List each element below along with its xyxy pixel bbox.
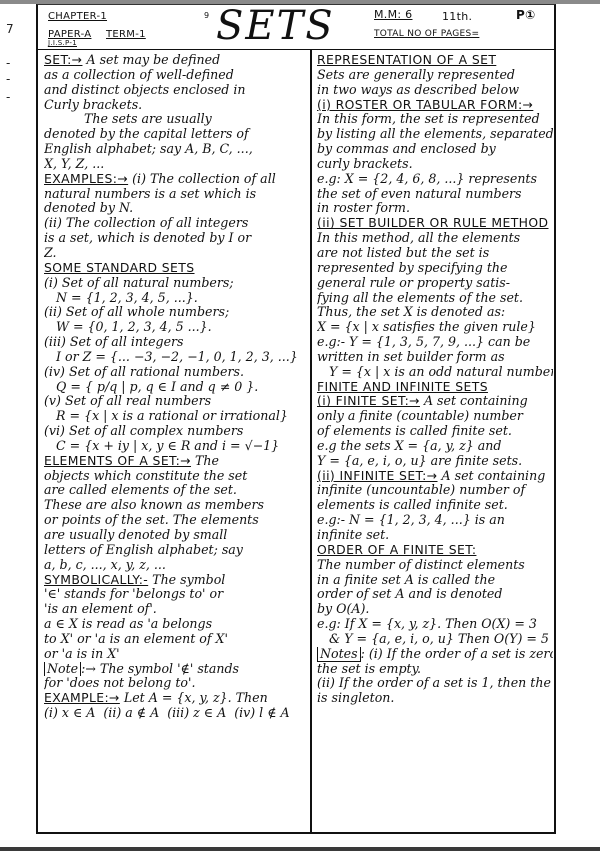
text-line: in a finite set A is called the xyxy=(317,573,553,588)
section-heading: REPRESENTATION OF A SET xyxy=(317,53,553,68)
text-line: is singleton. xyxy=(317,691,553,706)
body-text: :→ The symbol '∉' stands xyxy=(81,662,239,676)
text-line: of elements is called finite set. xyxy=(317,424,553,439)
text-line: Z. xyxy=(44,246,308,261)
text-line: e.g:- N = {1, 2, 3, 4, ...} is an xyxy=(317,513,553,528)
text-line: (i) Set of all natural numbers; xyxy=(44,276,308,291)
term-label: EXAMPLES:→ xyxy=(44,172,128,186)
term-label: (i) FINITE SET:→ xyxy=(317,394,420,408)
text-line: infinite (uncountable) number of xyxy=(317,483,553,498)
body-text: : (i) If the order of a set is zero, xyxy=(361,647,553,661)
section-heading: SOME STANDARD SETS xyxy=(44,261,308,276)
total-pages-label: TOTAL NO OF PAGES= xyxy=(374,29,479,39)
text-line: (i) x ∈ A (ii) a ∉ A (iii) z ∈ A (iv) l … xyxy=(44,706,308,721)
text-line: denoted by the capital letters of xyxy=(44,127,308,142)
text-line: are called elements of the set. xyxy=(44,483,308,498)
definition-line: SET:→ A set may be defined xyxy=(44,53,308,68)
margin-mark: - xyxy=(6,56,10,70)
column-divider xyxy=(310,49,312,833)
text-line: and distinct objects enclosed in xyxy=(44,83,308,98)
page-number: P① xyxy=(516,8,536,22)
text-line: as a collection of well-defined xyxy=(44,68,308,83)
text-line: e.g the sets X = {a, y, z} and xyxy=(317,439,553,454)
margin-mark: 7 xyxy=(6,22,14,36)
text-line: represented by specifying the xyxy=(317,261,553,276)
text-line: e.g: If X = {x, y, z}. Then O(X) = 3 xyxy=(317,617,553,632)
chapter-label: CHAPTER-1 xyxy=(48,11,107,22)
text-line: W = {0, 1, 2, 3, 4, 5 ...}. xyxy=(44,320,308,335)
scan-bottom-edge xyxy=(0,847,600,851)
text-line: the set is empty. xyxy=(317,662,553,677)
text-line: a, b, c, ..., x, y, z, ... xyxy=(44,558,308,573)
term-label: SYMBOLICALLY:- xyxy=(44,573,148,587)
text-line: (vi) Set of all complex numbers xyxy=(44,424,308,439)
text-line: e.g:- Y = {1, 3, 5, 7, 9, ...} can be xyxy=(317,335,553,350)
term-label: EXAMPLE:→ xyxy=(44,691,120,705)
definition-line: EXAMPLES:→ (i) The collection of all xyxy=(44,172,308,187)
definition-line: (ii) SET BUILDER OR RULE METHOD xyxy=(317,216,553,231)
text-line: to X' or 'a is an element of X' xyxy=(44,632,308,647)
text-line: (iv) Set of all rational numbers. xyxy=(44,365,308,380)
note-label: Notes xyxy=(317,647,361,662)
text-line: (v) Set of all real numbers xyxy=(44,394,308,409)
text-line: fying all the elements of the set. xyxy=(317,291,553,306)
body-text: A set may be defined xyxy=(82,53,220,67)
text-line: a ∈ X is read as 'a belongs xyxy=(44,617,308,632)
body-text: A set containing xyxy=(438,469,546,483)
text-line: Thus, the set X is denoted as: xyxy=(317,305,553,320)
max-marks: M.M: 6 xyxy=(374,8,412,21)
term-label: ELEMENTS OF A SET:→ xyxy=(44,454,191,468)
text-line: are not listed but the set is xyxy=(317,246,553,261)
text-line: Sets are generally represented xyxy=(317,68,553,83)
text-line: in roster form. xyxy=(317,201,553,216)
heading-text: ORDER OF A FINITE SET: xyxy=(317,543,476,557)
text-line: or 'a is in X' xyxy=(44,647,308,662)
text-line: in two ways as described below xyxy=(317,83,553,98)
text-line: (ii) If the order of a set is 1, then th… xyxy=(317,676,553,691)
text-line: by listing all the elements, separated xyxy=(317,127,553,142)
term-label: (i) ROSTER OR TABULAR FORM:→ xyxy=(317,98,533,112)
text-line: natural numbers is a set which is xyxy=(44,187,308,202)
text-line: R = {x | x is a rational or irrational} xyxy=(44,409,308,424)
subject-code: J.I.S.P-1 xyxy=(48,39,77,47)
text-line: '∈' stands for 'belongs to' or xyxy=(44,587,308,602)
heading-text: SOME STANDARD SETS xyxy=(44,261,195,275)
text-line: Q = { p/q | p, q ∈ I and q ≠ 0 }. xyxy=(44,380,308,395)
body-text: Let A = {x, y, z}. Then xyxy=(120,691,268,705)
page-title: SETS xyxy=(216,3,335,49)
text-line: Y = {x | x is an odd natural number} xyxy=(317,365,553,380)
class-label: 11th. xyxy=(442,10,472,23)
text-line: The sets are usually xyxy=(44,112,308,127)
text-line: the set of even natural numbers xyxy=(317,187,553,202)
text-line: letters of English alphabet; say xyxy=(44,543,308,558)
text-line: English alphabet; say A, B, C, ..., xyxy=(44,142,308,157)
text-line: & Y = {a, e, i, o, u} Then O(Y) = 5 xyxy=(317,632,553,647)
definition-line: (i) FINITE SET:→ A set containing xyxy=(317,394,553,409)
text-line: for 'does not belong to'. xyxy=(44,676,308,691)
notes-page: CHAPTER-1 PAPER-A TERM-1 J.I.S.P-1 9 SET… xyxy=(36,4,556,834)
note-line: Note:→ The symbol '∉' stands xyxy=(44,662,308,677)
margin-mark: - xyxy=(6,72,10,86)
term-label: TERM-1 xyxy=(106,29,146,40)
body-text: A set containing xyxy=(420,394,528,408)
text-line: X = {x | x satisfies the given rule} xyxy=(317,320,553,335)
left-column: SET:→ A set may be definedas a collectio… xyxy=(44,53,308,721)
text-line: Y = {a, e, i, o, u} are finite sets. xyxy=(317,454,553,469)
text-line: (iii) Set of all integers xyxy=(44,335,308,350)
term-label: (ii) SET BUILDER OR RULE METHOD xyxy=(317,216,549,230)
body-text: (i) The collection of all xyxy=(128,172,276,186)
text-line: I or Z = {... −3, −2, −1, 0, 1, 2, 3, ..… xyxy=(44,350,308,365)
text-line: objects which constitute the set xyxy=(44,469,308,484)
page-header: CHAPTER-1 PAPER-A TERM-1 J.I.S.P-1 9 SET… xyxy=(38,5,554,50)
term-label: (ii) INFINITE SET:→ xyxy=(317,469,438,483)
text-line: curly brackets. xyxy=(317,157,553,172)
text-line: Curly brackets. xyxy=(44,98,308,113)
stray-mark: 9 xyxy=(204,11,209,20)
text-line: N = {1, 2, 3, 4, 5, ...}. xyxy=(44,291,308,306)
text-line: are usually denoted by small xyxy=(44,528,308,543)
text-line: C = {x + iy | x, y ∈ R and i = √−1} xyxy=(44,439,308,454)
note-label: Note xyxy=(44,662,81,677)
margin-mark: - xyxy=(6,90,10,104)
text-line: by commas and enclosed by xyxy=(317,142,553,157)
definition-line: (i) ROSTER OR TABULAR FORM:→ xyxy=(317,98,553,113)
text-line: order of set A and is denoted xyxy=(317,587,553,602)
text-line: only a finite (countable) number xyxy=(317,409,553,424)
text-line: denoted by N. xyxy=(44,201,308,216)
text-line: In this method, all the elements xyxy=(317,231,553,246)
note-line: Notes: (i) If the order of a set is zero… xyxy=(317,647,553,662)
text-line: is a set, which is denoted by I or xyxy=(44,231,308,246)
text-line: written in set builder form as xyxy=(317,350,553,365)
text-line: general rule or property satis- xyxy=(317,276,553,291)
section-heading: FINITE AND INFINITE SETS xyxy=(317,380,553,395)
text-line: elements is called infinite set. xyxy=(317,498,553,513)
text-line: by O(A). xyxy=(317,602,553,617)
text-line: e.g: X = {2, 4, 6, 8, ...} represents xyxy=(317,172,553,187)
text-line: or points of the set. The elements xyxy=(44,513,308,528)
heading-text: REPRESENTATION OF A SET xyxy=(317,53,496,67)
right-column: REPRESENTATION OF A SETSets are generall… xyxy=(317,53,553,706)
section-heading: ORDER OF A FINITE SET: xyxy=(317,543,553,558)
text-line: These are also known as members xyxy=(44,498,308,513)
definition-line: ELEMENTS OF A SET:→ The xyxy=(44,454,308,469)
body-text: The xyxy=(191,454,219,468)
body-text: The symbol xyxy=(148,573,225,587)
text-line: The number of distinct elements xyxy=(317,558,553,573)
text-line: infinite set. xyxy=(317,528,553,543)
text-line: 'is an element of'. xyxy=(44,602,308,617)
text-line: In this form, the set is represented xyxy=(317,112,553,127)
definition-line: EXAMPLE:→ Let A = {x, y, z}. Then xyxy=(44,691,308,706)
term-label: SET:→ xyxy=(44,53,82,67)
definition-line: (ii) INFINITE SET:→ A set containing xyxy=(317,469,553,484)
definition-line: SYMBOLICALLY:- The symbol xyxy=(44,573,308,588)
heading-text: FINITE AND INFINITE SETS xyxy=(317,380,488,394)
text-line: X, Y, Z, ... xyxy=(44,157,308,172)
text-line: (ii) The collection of all integers xyxy=(44,216,308,231)
text-line: (ii) Set of all whole numbers; xyxy=(44,305,308,320)
